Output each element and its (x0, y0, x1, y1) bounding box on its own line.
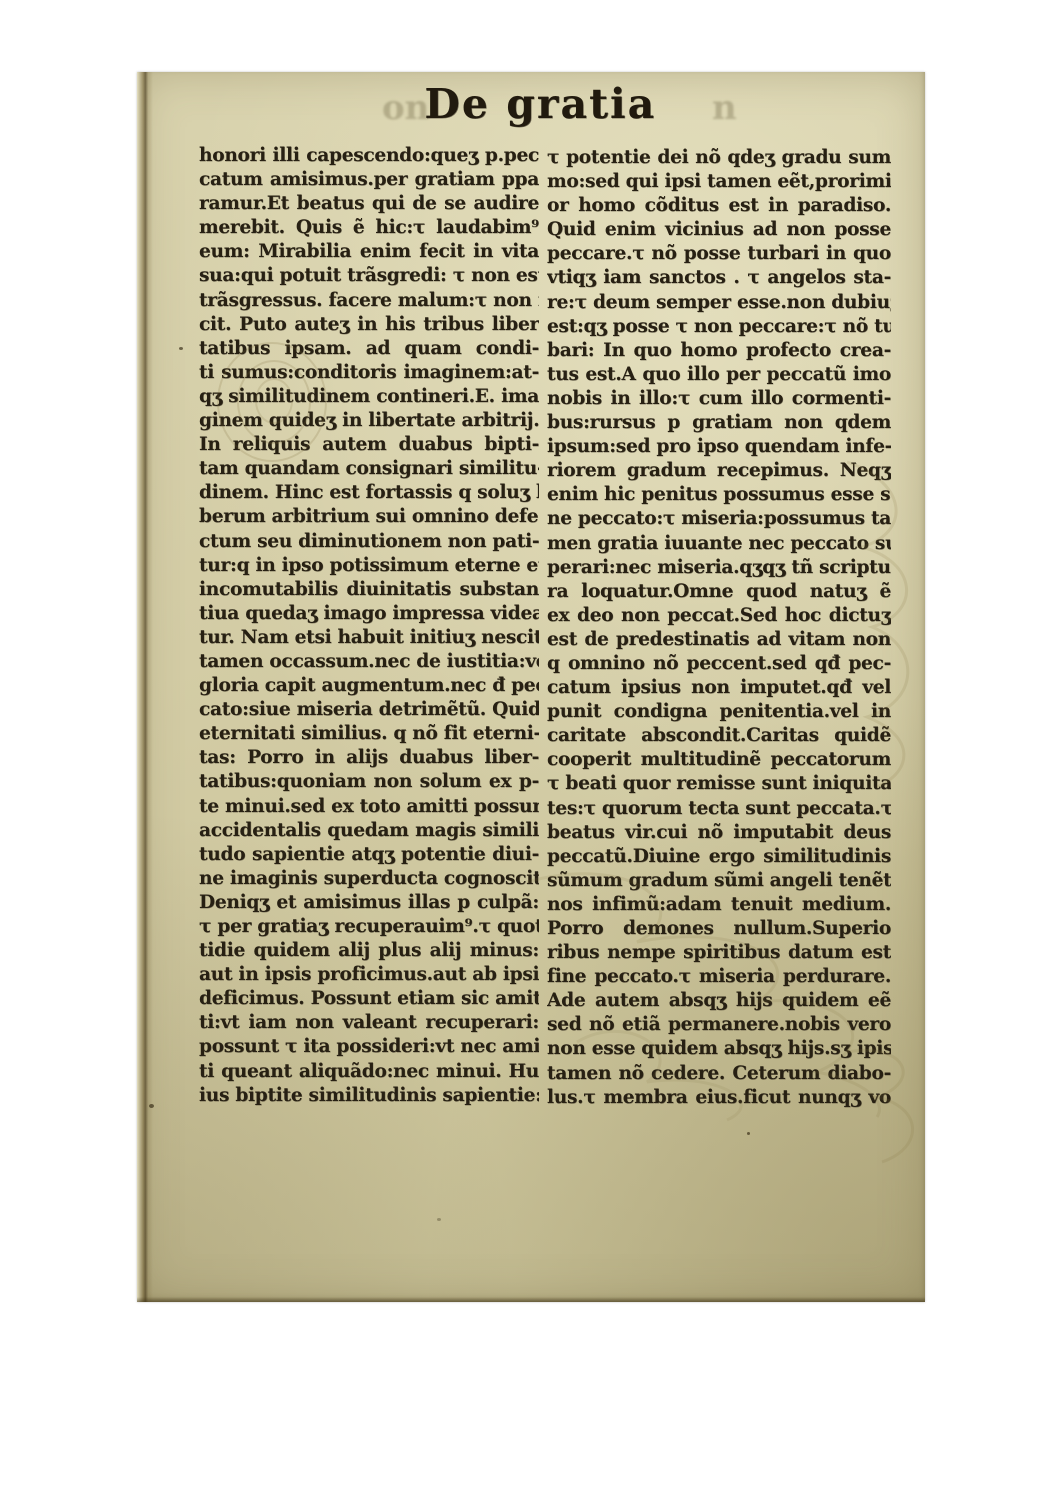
text-line: mo:sed qui ipsi tamen eẽt,prorimi (547, 170, 891, 194)
text-line: tam quandam consignari similitu- (199, 457, 539, 481)
binding-edge (137, 72, 153, 1302)
text-line: bus:rursus p gratiam non qdem (547, 411, 891, 435)
text-line: aut in ipsis proficimus.aut ab ipsis (199, 963, 539, 987)
text-line: catum amisimus.per gratiam ppa (199, 168, 539, 192)
text-line: dinem. Hinc est fortassis q soluʒ li (199, 481, 539, 505)
text-line: Deniqʒ et amisimus illas p culpã: (199, 891, 539, 915)
text-line: ne imaginis superducta cognoscit. (199, 867, 539, 891)
text-line: tatibus:quoniam non solum ex p- (199, 770, 539, 794)
text-line: Quid enim vicinius ad non posse (547, 218, 891, 242)
text-line: ti:vt iam non valeant recuperari: (199, 1011, 539, 1035)
show-through-text-right: n (712, 88, 737, 128)
text-line: berum arbitrium sui omnino defe- (199, 505, 539, 529)
text-line: sua:qui potuit trãsgredi: τ non est (199, 264, 539, 288)
text-line: tudo sapientie atqʒ potentie diui- (199, 843, 539, 867)
speck (437, 1218, 441, 1221)
text-line: merebit. Quis ẽ hic:τ laudabim⁹ (199, 216, 539, 240)
page-bottom-edge (137, 1297, 925, 1302)
text-line: vtiqʒ iam sanctos . τ angelos sta- (547, 266, 891, 290)
text-line: or homo cõditus est in paradiso. (547, 194, 891, 218)
text-line: ctum seu diminutionem non pati- (199, 530, 539, 554)
text-line: τ potentie dei nõ qdeʒ gradu sum (547, 146, 891, 170)
text-line: ius biptite similitudinis sapientie: (199, 1084, 539, 1108)
text-line: te minui.sed ex toto amitti possunt. (199, 795, 539, 819)
scan-stage: on n De gratia honori illi capescendo:qu… (0, 0, 1060, 1500)
speck (179, 347, 183, 350)
text-line: ramur.Et beatus qui de se audire (199, 192, 539, 216)
text-line: tur:q in ipso potissimum eterne et (199, 554, 539, 578)
text-line: peccare.τ nõ posse turbari in quo (547, 242, 891, 266)
text-line: tas: Porro in alijs duabus liber- (199, 746, 539, 770)
text-line: ti queant aliquãdo:nec minui. Hu (199, 1060, 539, 1084)
text-column-left: honori illi capescendo:queʒ p.peccatum a… (199, 144, 539, 1108)
text-line: tus est.A quo illo per peccatũ imo (547, 363, 891, 387)
text-line: tidie quidem alij plus alij minus: (199, 939, 539, 963)
text-line: tamen occassum.nec de iustitia:vel (199, 650, 539, 674)
text-line: τ per gratiaʒ recuperauim⁹.τ quot (199, 915, 539, 939)
stamp-show-through (217, 342, 327, 462)
text-line: eum: Mirabilia enim fecit in vita (199, 240, 539, 264)
text-line: incomutabilis diuinitatis substan (199, 578, 539, 602)
text-line: possunt τ ita possideri:vt nec amit- (199, 1035, 539, 1059)
text-line: honori illi capescendo:queʒ p.pec (199, 144, 539, 168)
text-line: est:qʒ posse τ non peccare:τ nõ tur (547, 315, 891, 339)
text-line: tes:τ quorum tecta sunt peccata.τ (547, 797, 891, 821)
book-page: on n De gratia honori illi capescendo:qu… (137, 72, 925, 1302)
text-line: accidentalis quedam magis simili (199, 819, 539, 843)
text-line: tur. Nam etsi habuit initiuʒ nescit (199, 626, 539, 650)
text-line: nobis in illo:τ cum illo cormenti- (547, 387, 891, 411)
show-through-swirl-right (827, 452, 927, 792)
running-title: De gratia (424, 80, 656, 128)
text-line: eternitati similius. q nõ fit eterni- (199, 722, 539, 746)
text-line: bari: In quo homo profecto crea- (547, 339, 891, 363)
text-line: gloria capit augmentum.nec đ pec (199, 674, 539, 698)
text-line: trãsgressus. facere malum:τ non fe (199, 289, 539, 313)
text-line: cato:siue miseria detrimẽtũ. Quid (199, 698, 539, 722)
speck (747, 1132, 750, 1135)
text-line: deficimus. Possunt etiam sic amit (199, 987, 539, 1011)
text-line: tiua quedaʒ imago impressa videa (199, 602, 539, 626)
text-line: cit. Puto auteʒ in his tribus liber (199, 313, 539, 337)
speck (149, 1104, 154, 1108)
text-line: re:τ deum semper esse.non dubiuʒ (547, 291, 891, 315)
show-through-text-left: on (382, 88, 429, 128)
show-through-swirl-corner (837, 1032, 927, 1172)
